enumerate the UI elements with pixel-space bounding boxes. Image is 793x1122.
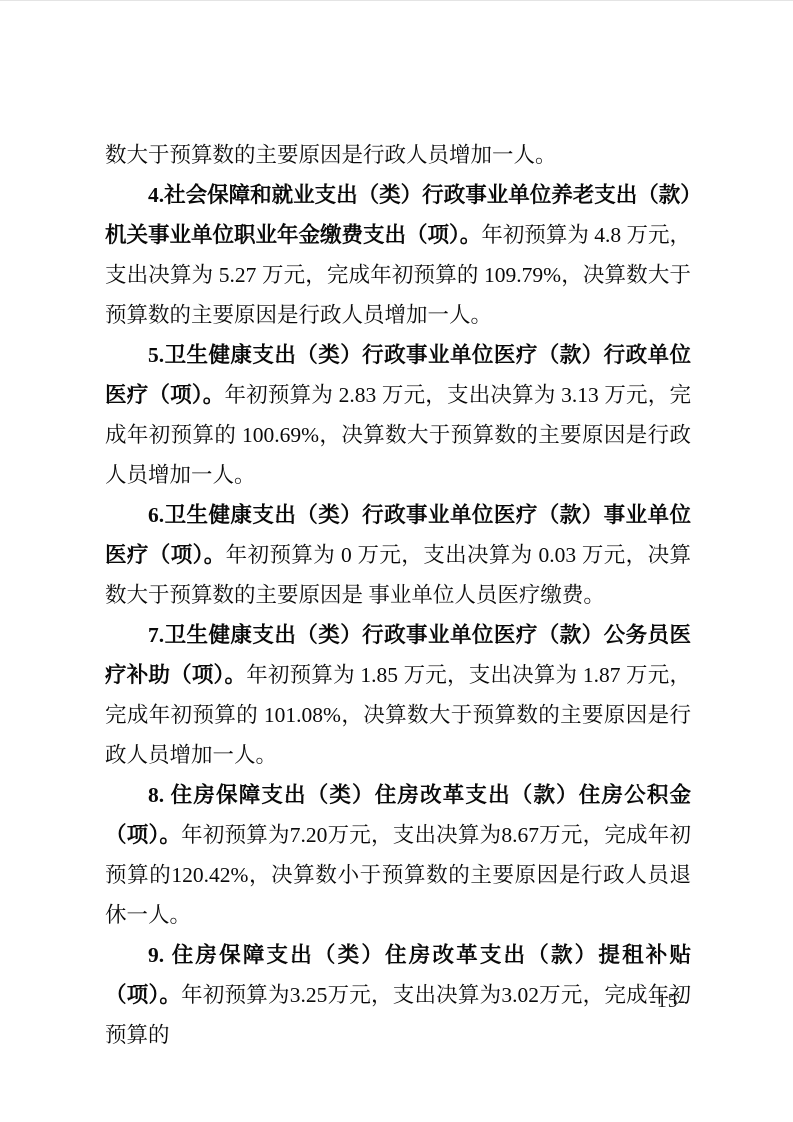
page-number: -15- — [650, 991, 687, 1013]
paragraph-8-body: 年初预算为7.20万元，支出决算为8.67万元，完成年初预算的120.42%，决… — [105, 823, 691, 927]
paragraph-9-body: 年初预算为3.25万元，支出决算为3.02万元，完成年初预算的 — [105, 983, 691, 1047]
paragraph-item-6: 6.卫生健康支出（类）行政事业单位医疗（款）事业单位医疗（项）。年初预算为 0 … — [105, 495, 691, 615]
paragraph-item-7: 7.卫生健康支出（类）行政事业单位医疗（款）公务员医疗补助（项）。年初预算为 1… — [105, 615, 691, 775]
paragraph-item-9: 9. 住房保障支出（类）住房改革支出（款）提租补贴（项）。年初预算为3.25万元… — [105, 935, 691, 1055]
document-body: 数大于预算数的主要原因是行政人员增加一人。 4.社会保障和就业支出（类）行政事业… — [105, 135, 691, 1055]
document-page: 数大于预算数的主要原因是行政人员增加一人。 4.社会保障和就业支出（类）行政事业… — [0, 0, 793, 1122]
paragraph-continuation: 数大于预算数的主要原因是行政人员增加一人。 — [105, 135, 691, 175]
paragraph-item-8: 8. 住房保障支出（类）住房改革支出（款）住房公积金（项）。年初预算为7.20万… — [105, 775, 691, 935]
paragraph-item-5: 5.卫生健康支出（类）行政事业单位医疗（款）行政单位医疗（项）。年初预算为 2.… — [105, 335, 691, 495]
paragraph-item-4: 4.社会保障和就业支出（类）行政事业单位养老支出（款）机关事业单位职业年金缴费支… — [105, 175, 691, 335]
